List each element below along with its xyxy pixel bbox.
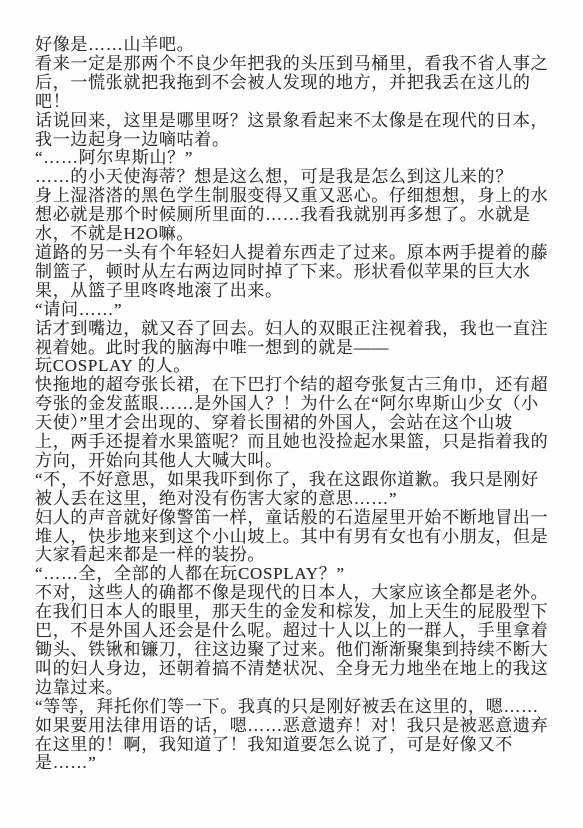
text-line: 是……” bbox=[35, 754, 553, 773]
text-line: 玩COSPLAY 的人。 bbox=[35, 357, 553, 376]
text-line: 锄头、铁锹和镰刀，往这边聚了过来。他们渐渐聚集到持续不断大 bbox=[35, 641, 553, 660]
text-line: 上，两手还提着水果篮呢？而且她也没捡起水果篮，只是指着我的 bbox=[35, 433, 553, 452]
text-line: 话才到嘴边，就又吞了回去。妇人的双眼正注视着我，我也一直注 bbox=[35, 320, 553, 339]
text-line: 夸张的金发蓝眼……是外国人？！为什么在“阿尔卑斯山少女（小 bbox=[35, 395, 553, 414]
text-line: 在这里的！啊，我知道了！我知道要怎么说了，可是好像又不 bbox=[35, 736, 553, 755]
text-line: 快拖地的超夸张长裙，在下巴打个结的超夸张复古三角巾，还有超 bbox=[35, 376, 553, 395]
text-line: 视着她。此时我的脑海中唯一想到的就是—— bbox=[35, 339, 553, 358]
text-line: 边靠过来。 bbox=[35, 679, 553, 698]
text-line: “等等，拜托你们等一下。我真的只是刚好被丢在这里的，嗯…… bbox=[35, 698, 553, 717]
text-line: 在我们日本人的眼里，那天生的金发和棕发，加上天生的屁股型下 bbox=[35, 603, 553, 622]
text-line: 妇人的声音就好像警笛一样，童话般的石造屋里开始不断地冒出一 bbox=[35, 509, 553, 528]
text-line: “不，不好意思，如果我吓到你了，我在这跟你道歉。我只是刚好 bbox=[35, 471, 553, 490]
text-line: 果，从篮子里咚咚地滚了出来。 bbox=[35, 282, 553, 301]
text-line: 制篮子，顿时从左右两边同时掉了下来。形状看似苹果的巨大水 bbox=[35, 263, 553, 282]
text-line: 方向，开始向其他人大喊大叫。 bbox=[35, 452, 553, 471]
text-line: 叫的妇人身边，还朝着搞不清楚状况、全身无力地坐在地上的我这 bbox=[35, 660, 553, 679]
text-line: 不对，这些人的确都不像是现代的日本人，大家应该全都是老外。 bbox=[35, 584, 553, 603]
text-line: 天使）”里才会出现的、穿着长围裙的外国人，会站在这个山坡 bbox=[35, 414, 553, 433]
text-line: 道路的另一头有个年轻妇人提着东西走了过来。原本两手提着的藤 bbox=[35, 244, 553, 263]
text-line: ……的小天使海蒂？想是这么想，可是我是怎么到这儿来的？ bbox=[35, 168, 553, 187]
text-line: 话说回来，这里是哪里呀？这景象看起来不太像是在现代的日本， bbox=[35, 112, 553, 131]
text-line: “请问……” bbox=[35, 301, 553, 320]
novel-page-scan: 好像是……山羊吧。看来一定是那两个不良少年把我的头压到马桶里，看我不省人事之后，… bbox=[0, 0, 583, 828]
text-line: 水，不就是H2O嘛。 bbox=[35, 225, 553, 244]
text-line: “……阿尔卑斯山？” bbox=[35, 149, 553, 168]
text-line: 堆人，快步地来到这个小山坡上。其中有男有女也有小朋友，但是 bbox=[35, 528, 553, 547]
text-line: 看来一定是那两个不良少年把我的头压到马桶里，看我不省人事之 bbox=[35, 55, 553, 74]
text-line: 巴，不是外国人还会是什么呢。超过十人以上的一群人，手里拿着 bbox=[35, 622, 553, 641]
text-line: 身上湿溚溚的黑色学生制服变得又重又恶心。仔细想想，身上的水 bbox=[35, 187, 553, 206]
text-line: “……全，全部的人都在玩COSPLAY？” bbox=[35, 565, 553, 584]
text-line: 后，一慌张就把我拖到不会被人发现的地方，并把我丢在这儿的 bbox=[35, 74, 553, 93]
text-line: 我一边起身一边嘀咕着。 bbox=[35, 131, 553, 150]
text-line: 大家看起来都是一样的装扮。 bbox=[35, 546, 553, 565]
text-line: 想必就是那个时候厕所里面的……我看我就别再多想了。水就是 bbox=[35, 206, 553, 225]
text-line: 被人丢在这里，绝对没有伤害大家的意思……” bbox=[35, 490, 553, 509]
page-text: 好像是……山羊吧。看来一定是那两个不良少年把我的头压到马桶里，看我不省人事之后，… bbox=[35, 36, 553, 773]
text-line: 如果要用法律用语的话，嗯……恶意遗弃！对！我只是被恶意遗弃 bbox=[35, 717, 553, 736]
text-line: 吧！ bbox=[35, 93, 553, 112]
text-line: 好像是……山羊吧。 bbox=[35, 36, 553, 55]
